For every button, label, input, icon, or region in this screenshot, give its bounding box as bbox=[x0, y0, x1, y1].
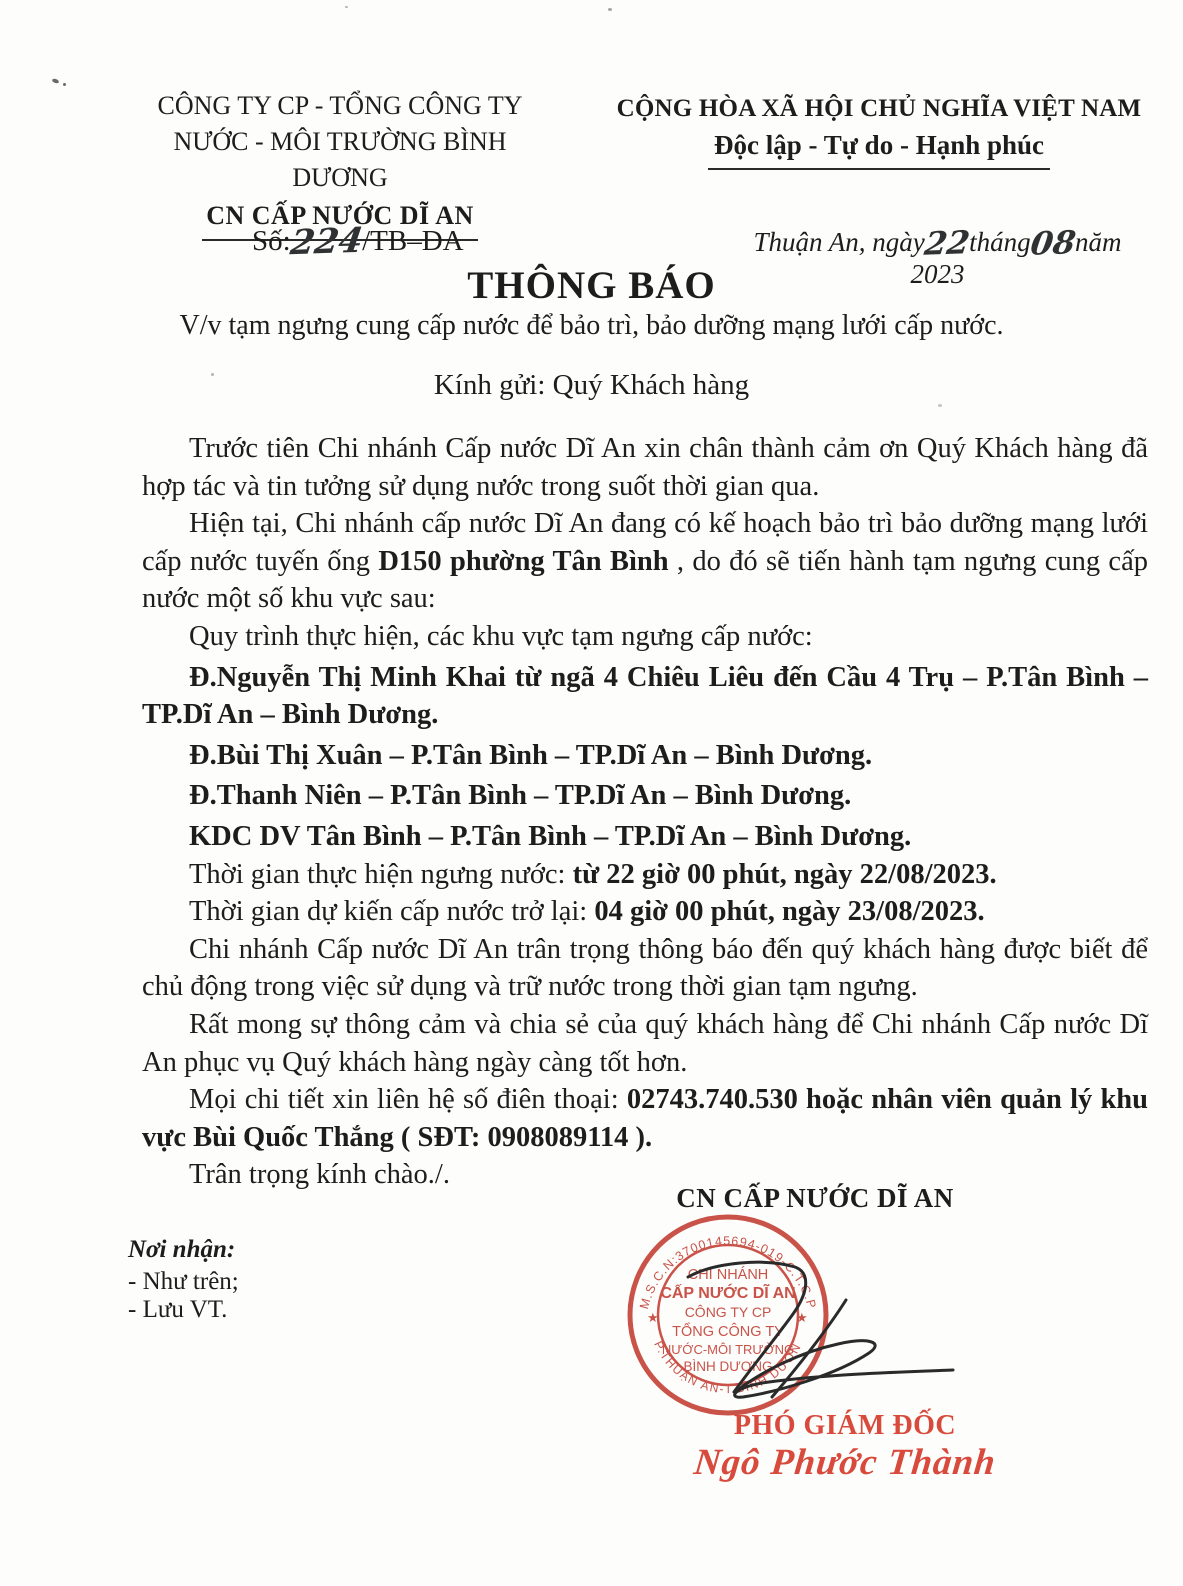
paragraph-bold-segment: Đ.Bùi Thị Xuân – P.Tân Bình – TP.Dĩ An –… bbox=[189, 740, 872, 771]
recipient-item: - Lưu VT. bbox=[128, 1296, 428, 1324]
paragraph-segment: Quy trình thực hiện, các khu vực tạm ngư… bbox=[189, 621, 813, 652]
paragraph: Rất mong sự thông cảm và chia sẻ của quý… bbox=[142, 1006, 1148, 1081]
scan-speck bbox=[63, 83, 66, 86]
paragraph: Thời gian thực hiện ngưng nước: từ 22 gi… bbox=[142, 856, 1148, 894]
issuer-line-2: NƯỚC - MÔI TRƯỜNG BÌNH DƯƠNG bbox=[128, 124, 552, 196]
document-page: CÔNG TY CP - TỔNG CÔNG TY NƯỚC - MÔI TRƯ… bbox=[0, 0, 1183, 1586]
paragraph: Trân trọng kính chào./. bbox=[142, 1156, 1148, 1194]
paragraph-segment: Rất mong sự thông cảm và chia sẻ của quý… bbox=[142, 1009, 1148, 1078]
document-number: Số:224/TB–DA bbox=[252, 219, 464, 259]
recipients-block: Nơi nhận: - Như trên; - Lưu VT. bbox=[128, 1236, 428, 1324]
scan-speck bbox=[608, 8, 612, 11]
dateline-prefix: Thuận An, ngày bbox=[754, 227, 925, 257]
doc-number-prefix: Số: bbox=[252, 225, 291, 257]
doc-number-suffix: /TB–DA bbox=[362, 225, 464, 257]
paragraph: Trước tiên Chi nhánh Cấp nước Dĩ An xin … bbox=[142, 430, 1148, 505]
signer-name: Ngô Phước Thành bbox=[678, 1441, 1013, 1484]
paragraph-bold-segment: D150 phường Tân Bình bbox=[378, 546, 668, 577]
scan-speck bbox=[938, 404, 942, 407]
paragraph-bold-segment: từ 22 giờ 00 phút, ngày 22/08/2023. bbox=[573, 859, 997, 890]
paragraph: Đ.Thanh Niên – P.Tân Bình – TP.Dĩ An – B… bbox=[142, 777, 1148, 815]
national-motto-line-2: Độc lập - Tự do - Hạnh phúc bbox=[708, 126, 1050, 170]
paragraph-segment: Chi nhánh Cấp nước Dĩ An trân trọng thôn… bbox=[142, 934, 1148, 1003]
signer-position: PHÓ GIÁM ĐỐC bbox=[710, 1410, 980, 1442]
paragraph-segment: Thời gian thực hiện ngưng nước: bbox=[189, 859, 573, 890]
issuer-line-1: CÔNG TY CP - TỔNG CÔNG TY bbox=[128, 88, 552, 124]
recipients-label: Nơi nhận: bbox=[128, 1236, 428, 1264]
paragraph-segment: Mọi chi tiết xin liên hệ số điên thoại: bbox=[189, 1084, 627, 1115]
dateline-mid: tháng bbox=[969, 227, 1031, 257]
paragraph-bold-segment: Đ.Nguyễn Thị Minh Khai từ ngã 4 Chiêu Li… bbox=[142, 662, 1148, 731]
paragraph: Hiện tại, Chi nhánh cấp nước Dĩ An đang … bbox=[142, 505, 1148, 618]
paragraph-segment: Thời gian dự kiến cấp nước trở lại: bbox=[189, 896, 594, 927]
paragraph-bold-segment: KDC DV Tân Bình – P.Tân Bình – TP.Dĩ An … bbox=[189, 821, 911, 852]
salutation: Kính gửi: Quý Khách hàng bbox=[0, 369, 1183, 402]
paragraph-bold-segment: Đ.Thanh Niên – P.Tân Bình – TP.Dĩ An – B… bbox=[189, 780, 851, 811]
paragraph: Đ.Nguyễn Thị Minh Khai từ ngã 4 Chiêu Li… bbox=[142, 659, 1148, 734]
scan-speck bbox=[52, 78, 60, 84]
scan-speck bbox=[345, 6, 348, 8]
dateline-day-handwritten: 22 bbox=[922, 223, 972, 263]
dateline-month-handwritten: 08 bbox=[1028, 223, 1078, 263]
national-motto-line-1: CỘNG HÒA XÃ HỘI CHỦ NGHĨA VIỆT NAM bbox=[612, 92, 1146, 126]
paragraph-segment: Trước tiên Chi nhánh Cấp nước Dĩ An xin … bbox=[142, 433, 1148, 502]
paragraph: Mọi chi tiết xin liên hệ số điên thoại: … bbox=[142, 1081, 1148, 1156]
national-header: CỘNG HÒA XÃ HỘI CHỦ NGHĨA VIỆT NAM Độc l… bbox=[612, 92, 1146, 170]
paragraph-segment: Trân trọng kính chào./. bbox=[189, 1159, 450, 1190]
document-subtitle: V/v tạm ngưng cung cấp nước để bảo trì, … bbox=[0, 310, 1183, 342]
paragraph: Đ.Bùi Thị Xuân – P.Tân Bình – TP.Dĩ An –… bbox=[142, 737, 1148, 775]
recipient-item: - Như trên; bbox=[128, 1268, 428, 1296]
paragraph: Thời gian dự kiến cấp nước trở lại: 04 g… bbox=[142, 893, 1148, 931]
doc-number-handwritten: 224 bbox=[288, 221, 365, 263]
paragraph: Chi nhánh Cấp nước Dĩ An trân trọng thôn… bbox=[142, 931, 1148, 1006]
paragraph: Quy trình thực hiện, các khu vực tạm ngư… bbox=[142, 618, 1148, 656]
paragraph: KDC DV Tân Bình – P.Tân Bình – TP.Dĩ An … bbox=[142, 818, 1148, 856]
paragraph-bold-segment: 04 giờ 00 phút, ngày 23/08/2023. bbox=[594, 896, 984, 927]
handwritten-signature bbox=[600, 1245, 980, 1415]
signature-org: CN CẤP NƯỚC DĨ AN bbox=[650, 1183, 980, 1214]
document-title: THÔNG BÁO bbox=[0, 263, 1183, 308]
body-text: Trước tiên Chi nhánh Cấp nước Dĩ An xin … bbox=[142, 430, 1148, 1194]
